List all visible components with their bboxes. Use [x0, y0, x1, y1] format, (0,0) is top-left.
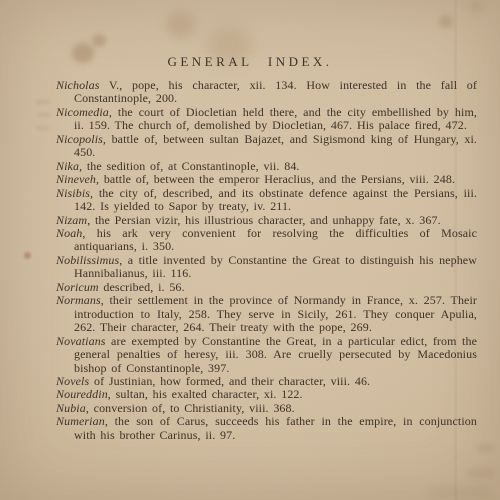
index-entry-nicopolis: Nicopolis, battle of, between sultan Baj…	[56, 133, 477, 160]
show-through-mark	[36, 100, 50, 104]
entry-term: Nubia	[56, 401, 86, 415]
entry-term: Nobilissimus	[56, 253, 119, 267]
foxing-stain	[468, 0, 484, 12]
entry-term: Novatians	[56, 334, 106, 348]
entry-text: described, i. 56.	[99, 280, 185, 294]
show-through-mark	[38, 113, 50, 117]
entry-text: , their settlement in the province of No…	[74, 293, 477, 334]
index-entry-nisibis: Nisibis, the city of, described, and its…	[56, 187, 477, 214]
entry-term: Numerian	[56, 414, 105, 428]
index-entry-noureddin: Noureddin, sultan, his exalted character…	[56, 388, 477, 401]
entry-term: Nicomedia	[56, 105, 109, 119]
show-through-mark	[430, 486, 490, 498]
entry-term: Nizam	[56, 213, 87, 227]
entry-text: , the city of, described, and its obstin…	[74, 186, 477, 213]
page-title: GENERAL INDEX.	[0, 54, 500, 70]
entry-term: Nicholas	[56, 78, 99, 92]
entry-text: , the court of Diocletian held there, an…	[74, 105, 477, 132]
index-entry-noricum: Noricum described, i. 56.	[56, 281, 477, 294]
index-entries: Nicholas V., pope, his character, xii. 1…	[56, 79, 477, 442]
index-entry-novatians: Novatians are exempted by Constantine th…	[56, 335, 477, 375]
entry-term: Nicopolis	[56, 132, 103, 146]
entry-text: , battle of, between sultan Bajazet, and…	[74, 132, 477, 159]
show-through-mark	[468, 468, 494, 478]
index-entry-normans: Normans, their settlement in the provinc…	[56, 294, 477, 334]
index-entry-nicomedia: Nicomedia, the court of Diocletian held …	[56, 106, 477, 133]
entry-term: Novels	[56, 374, 89, 388]
book-page: GENERAL INDEX. Nicholas V., pope, his ch…	[0, 0, 500, 500]
entry-text: are exempted by Constantine the Great, i…	[74, 334, 477, 375]
entry-term: Nika	[56, 159, 79, 173]
entry-text: , sultan, his exalted character, xi. 122…	[108, 387, 303, 401]
entry-term: Noureddin	[56, 387, 108, 401]
entry-text: , the Persian vizir, his illustrious cha…	[87, 213, 441, 227]
index-entry-nizam: Nizam, the Persian vizir, his illustriou…	[56, 214, 477, 227]
entry-term: Nineveh	[56, 172, 96, 186]
entry-text: , his ark very convenient for resolving …	[74, 226, 477, 253]
foxing-stain	[92, 34, 106, 47]
entry-term: Noricum	[56, 280, 99, 294]
index-entry-nubia: Nubia, conversion of, to Christianity, v…	[56, 402, 477, 415]
entry-text: , the son of Carus, succeeds his father …	[74, 414, 477, 441]
index-entry-nineveh: Nineveh, battle of, between the emperor …	[56, 173, 477, 186]
entry-text: , the sedition of, at Constantinople, vi…	[79, 159, 299, 173]
foxing-stain	[439, 15, 453, 28]
entry-term: Noah	[56, 226, 82, 240]
show-through-mark	[478, 444, 494, 452]
index-entry-nobilissimus: Nobilissimus, a title invented by Consta…	[56, 254, 477, 281]
index-entry-noah: Noah, his ark very convenient for resolv…	[56, 227, 477, 254]
entry-text: of Justinian, how formed, and their char…	[89, 374, 370, 388]
entry-text: , a title invented by Constantine the Gr…	[74, 253, 477, 280]
entry-term: Normans	[56, 293, 101, 307]
entry-text: V., pope, his character, xii. 134. How i…	[74, 78, 477, 105]
foxing-stain	[24, 252, 31, 259]
entry-term: Nisibis	[56, 186, 90, 200]
foxing-stain	[166, 12, 196, 38]
index-entry-nika: Nika, the sedition of, at Constantinople…	[56, 160, 477, 173]
index-entry-novels: Novels of Justinian, how formed, and the…	[56, 375, 477, 388]
index-entry-nicholas: Nicholas V., pope, his character, xii. 1…	[56, 79, 477, 106]
entry-text: , battle of, between the emperor Heracli…	[96, 172, 455, 186]
index-entry-numerian: Numerian, the son of Carus, succeeds his…	[56, 415, 477, 442]
show-through-mark	[36, 126, 49, 130]
entry-text: , conversion of, to Christianity, viii. …	[86, 401, 295, 415]
